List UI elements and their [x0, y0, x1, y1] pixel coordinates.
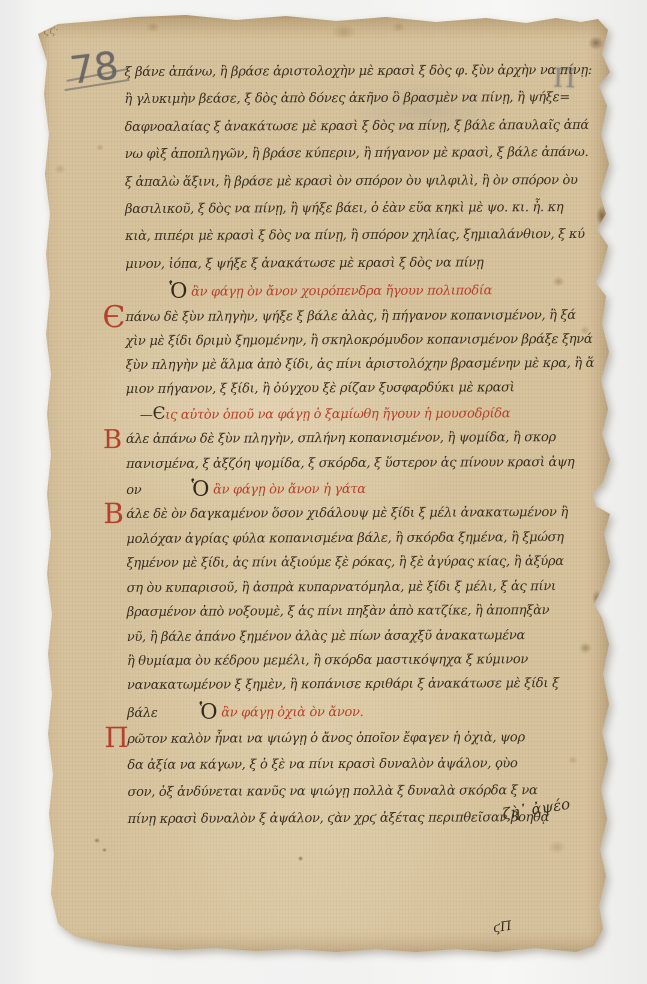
rubric-text: ἂν φάγῃ ὀχιὰ ὸν ἄνον.	[221, 705, 363, 721]
drop-cap: Β	[103, 500, 123, 528]
stain	[332, 24, 356, 40]
text-line: ἢ γλυκιμὴν βεάσε, ξ δὸς ἀπὸ δόνες ἀκῆνο …	[124, 84, 570, 113]
stain	[96, 144, 104, 151]
text-line: άλε δὲ ὸν δαγκαμένον ὅσον χιδάλουψ μὲ ξί…	[126, 501, 572, 527]
text-line: μιον πήγανον, ξ ξίδι, ἢ ὀύγχου ξὲ ρίζαν …	[126, 376, 572, 402]
rubric-text: ἂν φάγῃ ὸν ἄνον ἡ γάτα	[213, 482, 366, 498]
stain	[548, 840, 566, 854]
stain	[94, 838, 100, 843]
text-line: άλε ἀπάνω δὲ ξὺν πληγὴν, σπλήνη κοπανισμ…	[126, 426, 572, 452]
paragraph-4: Β άλε δὲ ὸν δαγκαμένον ὅσον χιδάλουψ μὲ …	[126, 501, 573, 726]
text-line: νω φὶξ ἀποπληγῶν, ἢ βράσε κύπεριν, ἢ πήγ…	[125, 139, 571, 168]
text-line: μολόχαν ἀγρίας φύλα κοπανισμένα βάλε, ἢ …	[126, 526, 572, 552]
rubric-heading-2: —Єις αὐτὸν ὁποῦ να φάγῃ ὁ ξαμίωθη ἤγουν …	[126, 400, 572, 428]
folio-strikethrough	[64, 79, 130, 91]
edge-chip	[596, 206, 608, 226]
rubric-dash: —	[140, 408, 153, 423]
text-line: σον, ὁξ ἀνδύνεται κανῦς να ψιώγῃ πολλὰ ξ…	[127, 778, 573, 807]
text-line: δα ἀξία να κάγων, ξ ὁ ξὲ να πίνι κρασὶ δ…	[127, 751, 573, 780]
paragraph-5: Π ρῶτον καλὸν ἦναι να ψιώγῃ ὁ ἄνος ὁποῖο…	[127, 725, 573, 833]
rubric-initial: Ὁ	[191, 477, 209, 501]
text-line: ρῶτον καλὸν ἦναι να ψιώγῃ ὁ ἄνος ὁποῖον …	[127, 725, 573, 754]
quire-signature: ϛΠ	[492, 919, 513, 936]
paragraph-1: ξ βάνε ἀπάνω, ἢ βράσε ἀριστολοχὴν μὲ κρα…	[124, 57, 571, 278]
paragraph-2: Є πάνω δὲ ξὺν πληγὴν, ψήξε ξ βάλε ἀλὰς, …	[125, 304, 571, 402]
rubric-initial: Є	[153, 404, 166, 424]
text-line: ξ ἀπαλὼ ἅξινι, ἢ βράσε μὲ κρασὶ ὸν σπόρο…	[125, 167, 571, 196]
text-line: πίνῃ κρασὶ δυναλὸν ξ ἀψάλον, ϛὰν χρϛ ἀξέ…	[128, 805, 574, 834]
drop-cap: Β	[103, 427, 122, 453]
text-line: βρασμένον ἀπὸ νοξουμὲ, ξ ἁς πίνι πηξὰν ἀ…	[127, 599, 573, 625]
rubric-heading-1: Ὁἂν φάγῃ ὸν ἄνον χοιρόπενδρα ἤγουν πολιπ…	[125, 276, 571, 306]
text-line: ση ὸυ κυπαρισοῦ, ἢ ἀσπρὰ κυπαρνατόμηλα, …	[127, 575, 573, 601]
text-line: κιὰ, πιπέρι μὲ κρασὶ ξ δὸς να πίνῃ, ἢ σπ…	[125, 221, 571, 250]
rubric-text: ις αὐτὸν ὁποῦ να φάγῃ ὁ ξαμίωθη ἤγουν ἡ …	[165, 407, 510, 424]
text-line: βασιλικοῦ, ξ δὸς να πίνῃ, ἢ ψήξε βάει, ὁ…	[125, 194, 571, 223]
rubric-initial: Ὁ	[199, 699, 217, 723]
text-line-with-rubric: βάλεὉἂν φάγῃ ὀχιὰ ὸν ἄνον.	[127, 697, 573, 727]
text-line-with-rubric: ονὉἂν φάγῃ ὸν ἄνον ἡ γάτα	[126, 475, 572, 503]
rubric-initial: Ὁ	[169, 279, 187, 303]
text-line: ξ βάνε ἀπάνω, ἢ βράσε ἀριστολοχὴν μὲ κρα…	[124, 57, 570, 86]
text-line: πάνω δὲ ξὺν πληγὴν, ψήξε ξ βάλε ἀλὰς, ἢ …	[125, 304, 571, 330]
text-line: μινον, ἰόπα, ξ ψήξε ξ ἀνακάτωσε μὲ κρασὶ…	[125, 249, 571, 278]
manuscript-leaf: ϛ̈ϛ̈· 78 Π ζὴ᾽ ἀψέο ϛΠ ξ βάνε ἀπάνω, ἢ β…	[36, 14, 614, 956]
stain	[298, 856, 303, 861]
paragraph-3: Β άλε ἀπάνω δὲ ξὺν πληγὴν, σπλήνη κοπανι…	[126, 426, 572, 503]
stain	[146, 22, 160, 32]
stain	[392, 22, 405, 32]
stain	[579, 642, 592, 654]
line-tail: βάλε	[127, 706, 157, 721]
text-line: νῦ, ἢ βάλε ἀπάνο ξημένον ἀλὰς μὲ πίων ἀσ…	[127, 624, 573, 650]
drop-cap: Π	[104, 724, 128, 752]
drop-cap: Є	[102, 303, 125, 333]
text-line: χὶν μὲ ξίδι δριμὺ ξημομένην, ἢ σκηλοκρόμ…	[125, 328, 571, 354]
text-line: δαφνοαλαίας ξ ἀνακάτωσε μὲ κρασὶ ξ δὸς ν…	[125, 112, 571, 141]
stain	[102, 848, 107, 852]
text-line: πανισμένα, ξ ἀξζόη ψομίδα, ξ σκόρδα, ξ ὕ…	[126, 451, 572, 477]
paper-surface: ϛ̈ϛ̈· 78 Π ζὴ᾽ ἀψέο ϛΠ ξ βάνε ἀπάνω, ἢ β…	[36, 14, 612, 954]
text-line: ἢ θυμίαμα ὸυ κέδρου μεμέλι, ἢ σκόρδα μασ…	[127, 648, 573, 674]
edge-chip	[592, 590, 602, 606]
top-left-annotation: ϛ̈ϛ̈·	[42, 23, 59, 37]
stain	[588, 36, 604, 50]
text-block: ξ βάνε ἀπάνω, ἢ βράσε ἀριστολοχὴν μὲ κρα…	[124, 57, 573, 833]
rubric-text: ἂν φάγῃ ὸν ἄνον χοιρόπενδρα ἤγουν πολιπο…	[191, 284, 492, 300]
text-line: ξημένον μὲ ξίδι, ἁς πίνι ἀξιούμε ξὲ ρόκα…	[126, 550, 572, 576]
text-line: νανακατωμένον ξ ξημὲν, ἢ κοπάνισε κριθάρ…	[127, 672, 573, 698]
scan-background: ϛ̈ϛ̈· 78 Π ζὴ᾽ ἀψέο ϛΠ ξ βάνε ἀπάνω, ἢ β…	[0, 0, 647, 984]
text-line: ξὺν πληγὴν μὲ ἅλμα ἀπὸ ξίδι, ἁς πίνι ἀρι…	[126, 352, 572, 378]
line-tail: ον	[126, 483, 141, 498]
stain	[54, 164, 66, 174]
